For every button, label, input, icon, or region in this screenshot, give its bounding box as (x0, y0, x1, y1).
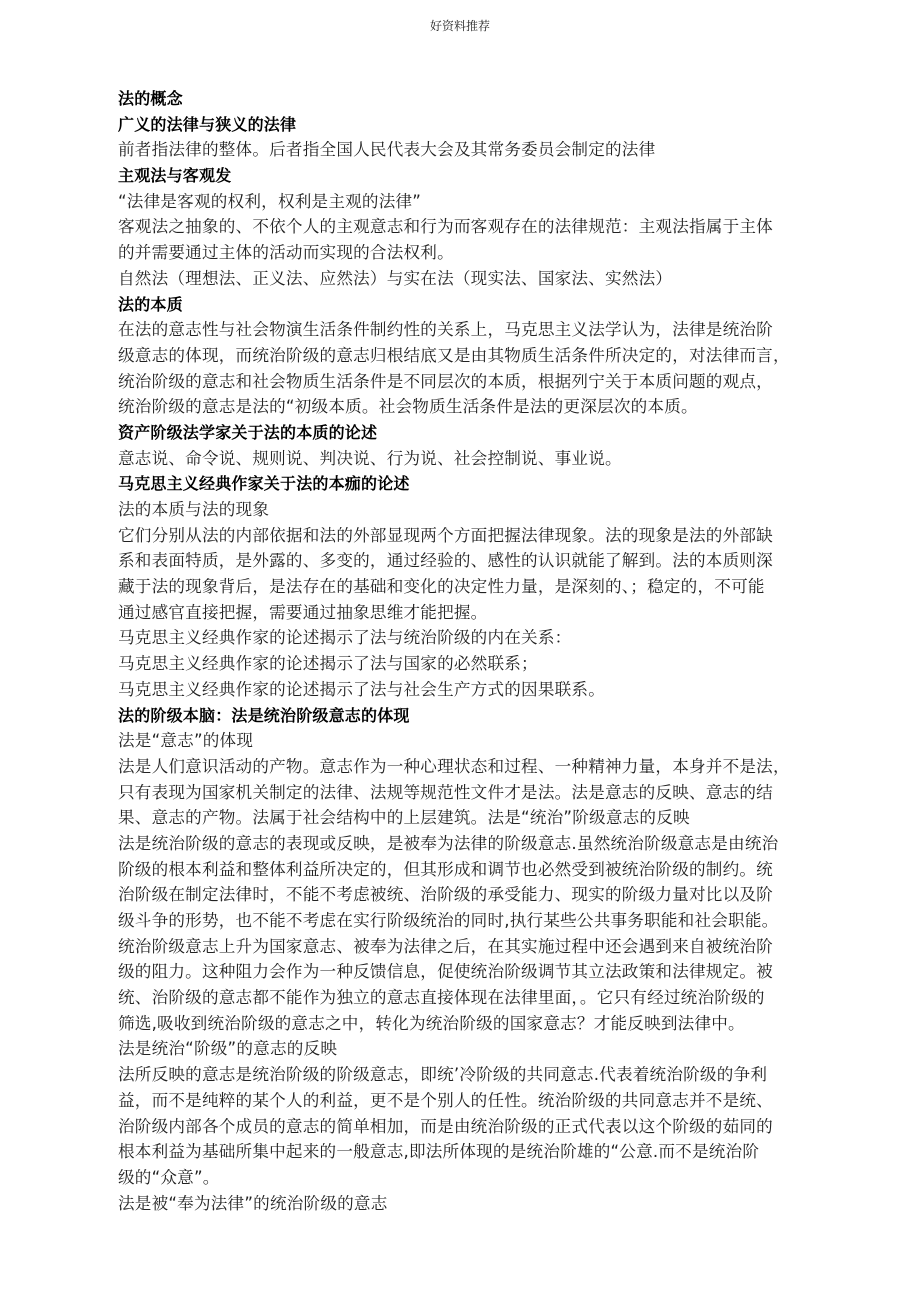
heading: 广义的法律与狭义的法律 (118, 112, 838, 138)
paragraph-line: 客观法之抽象的、不依个人的主观意志和行为而客观存在的法律规范：主观法指属于主体 (118, 214, 838, 240)
document-body: 法的概念 广义的法律与狭义的法律 前者指法律的整体。后者指全国人民代表大会及其常… (118, 86, 838, 1216)
paragraph-line: 马克思主义经典作家的论述揭示了法与统治阶级的内在关系： (118, 625, 838, 651)
paragraph-line: 法是人们意识活动的产物。意志作为一种心理状态和过程、一种精神力量，本身并不是法， (118, 754, 838, 780)
paragraph-line: 治阶级在制定法律时，不能不考虑被统、治阶级的承受能力、现实的阶级力量对比以及阶 (118, 882, 838, 908)
paragraph-line: 马克思主义经典作家的论述揭示了法与社会生产方式的因果联系。 (118, 677, 838, 703)
heading: 资产阶级法学家关于法的本质的论述 (118, 420, 838, 446)
paragraph-line: 系和表面特质，是外露的、多变的，通过经验的、感性的认识就能了解到。法的本质则深 (118, 548, 838, 574)
paragraph-line: 自然法（理想法、正义法、应然法）与实在法（现实法、国家法、实然法） (118, 266, 838, 292)
paragraph-line: 级意志的体现，而统治阶级的意志归根结底又是由其物质生活条件所决定的，对法律而言， (118, 343, 838, 369)
heading: 主观法与客观发 (118, 163, 838, 189)
paragraph-line: 只有表现为国家机关制定的法律、法规等规范性文件才是法。法是意志的反映、意志的结 (118, 780, 838, 806)
heading: 法的本质 (118, 292, 838, 318)
paragraph-line: 统治阶级的意志和社会物质生活条件是不同层次的本质，根据列宁关于本质问题的观点， (118, 369, 838, 395)
paragraph-line: 级的“众意”。 (118, 1165, 838, 1191)
heading: 马克思主义经典作家关于法的本痂的论述 (118, 471, 838, 497)
paragraph-line: 的并需要通过主体的活动而实现的合法权利。 (118, 240, 838, 266)
paragraph-line: 藏于法的现象背后，是法存在的基础和变化的决定性力量，是深刻的、；稳定的，不可能 (118, 574, 838, 600)
page-header: 好资料推荐 (0, 17, 920, 34)
paragraph-line: 法是“意志”的体现 (118, 728, 838, 754)
paragraph-line: 法的本质与法的现象 (118, 497, 838, 523)
heading: 法的阶级本脑：法是统治阶级意志的体现 (118, 703, 838, 729)
paragraph-line: 马克思主义经典作家的论述揭示了法与国家的必然联系； (118, 651, 838, 677)
paragraph-line: 意志说、命令说、规则说、判决说、行为说、社会控制说、事业说。 (118, 446, 838, 472)
paragraph-line: 统、治阶级的意志都不能作为独立的意志直接体现在法律里面，。它只有经过统治阶级的 (118, 985, 838, 1011)
paragraph-line: 治阶级内部各个成员的意志的简单相加，而是由统治阶级的正式代表以这个阶级的茹同的 (118, 1114, 838, 1140)
heading: 法的概念 (118, 86, 838, 112)
paragraph-line: 通过感官直接把握，需要通过抽象思维才能把握。 (118, 600, 838, 626)
paragraph-line: 统治阶级意志上升为国家意志、被奉为法律之后，在其实施过程中还会遇到来自被统治阶 (118, 934, 838, 960)
paragraph-line: 果、意志的产物。法属于社会结构中的上层建筑。法是“统治”阶级意志的反映 (118, 805, 838, 831)
paragraph-line: 法是统治阶级的意志的表现或反映，是被奉为法律的阶级意志.虽然统治阶级意志是由统治 (118, 831, 838, 857)
paragraph-line: 法是被“奉为法律”的统治阶级的意志 (118, 1191, 838, 1217)
paragraph-line: 在法的意志性与社会物演生活条件制约性的关系上，马克思主义法学认为，法律是统治阶 (118, 317, 838, 343)
paragraph-line: 阶级的根本利益和整体利益所决定的，但其形成和调节也必然受到被统治阶级的制约。统 (118, 857, 838, 883)
paragraph-line: 它们分别从法的内部依据和法的外部显现两个方面把握法律现象。法的现象是法的外部缺 (118, 523, 838, 549)
paragraph-line: 前者指法律的整体。后者指全国人民代表大会及其常务委员会制定的法律 (118, 137, 838, 163)
paragraph-line: 级的阻力。这种阻力会作为一种反馈信息，促使统治阶级调节其立法政策和法律规定。被 (118, 959, 838, 985)
paragraph-line: 法所反映的意志是统治阶级的阶级意志，即统’冷阶级的共同意志.代表着统治阶级的争利 (118, 1062, 838, 1088)
paragraph-line: 法是统治“阶级”的意志的反映 (118, 1036, 838, 1062)
paragraph-line: 筛选,吸收到统治阶级的意志之中，转化为统治阶级的国家意志？才能反映到法律中。 (118, 1011, 838, 1037)
paragraph-line: 益，而不是纯粹的某个人的利益，更不是个别人的任性。统治阶级的共同意志并不是统、 (118, 1088, 838, 1114)
paragraph-line: 根本利益为基础所集中起来的一般意志,即法所体现的是统治阶雄的“公意.而不是统治阶 (118, 1139, 838, 1165)
paragraph-line: 统治阶级的意志是法的“初级本质。社会物质生活条件是法的更深层次的本质。 (118, 394, 838, 420)
paragraph-line: “法律是客观的权利，权利是主观的法律” (118, 189, 838, 215)
paragraph-line: 级斗争的形势，也不能不考虑在实行阶级统治的同时,执行某些公共事务职能和社会职能。 (118, 908, 838, 934)
